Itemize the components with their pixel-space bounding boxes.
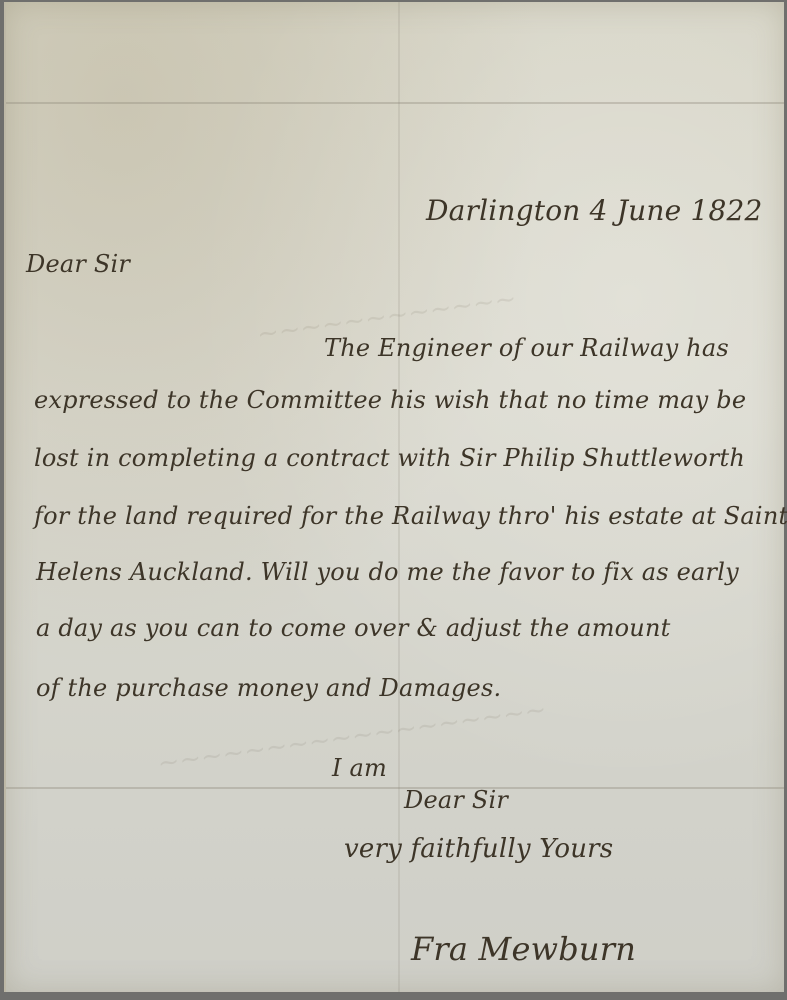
body-line: a day as you can to come over & adjust t… bbox=[36, 614, 670, 642]
closing-line: very faithfully Yours bbox=[344, 834, 613, 864]
body-line: lost in completing a contract with Sir P… bbox=[34, 444, 745, 472]
body-line: of the purchase money and Damages. bbox=[36, 674, 501, 702]
body-line: expressed to the Committee his wish that… bbox=[34, 386, 746, 414]
signature: Fra Mewburn bbox=[411, 930, 636, 968]
fold-crease bbox=[6, 787, 784, 789]
letter-paper: ~~~~~~~~~~~~ ~~~~~~~~~~~~~~~~~~ Darlingt… bbox=[4, 2, 784, 992]
closing-line: Dear Sir bbox=[404, 786, 508, 814]
body-line: The Engineer of our Railway has bbox=[324, 334, 729, 362]
body-line: Helens Auckland. Will you do me the favo… bbox=[36, 558, 739, 586]
salutation: Dear Sir bbox=[26, 250, 130, 278]
body-line: for the land required for the Railway th… bbox=[34, 502, 787, 530]
fold-crease bbox=[6, 102, 784, 104]
dateline: Darlington 4 June 1822 bbox=[426, 194, 763, 227]
closing-line: I am bbox=[332, 754, 387, 782]
